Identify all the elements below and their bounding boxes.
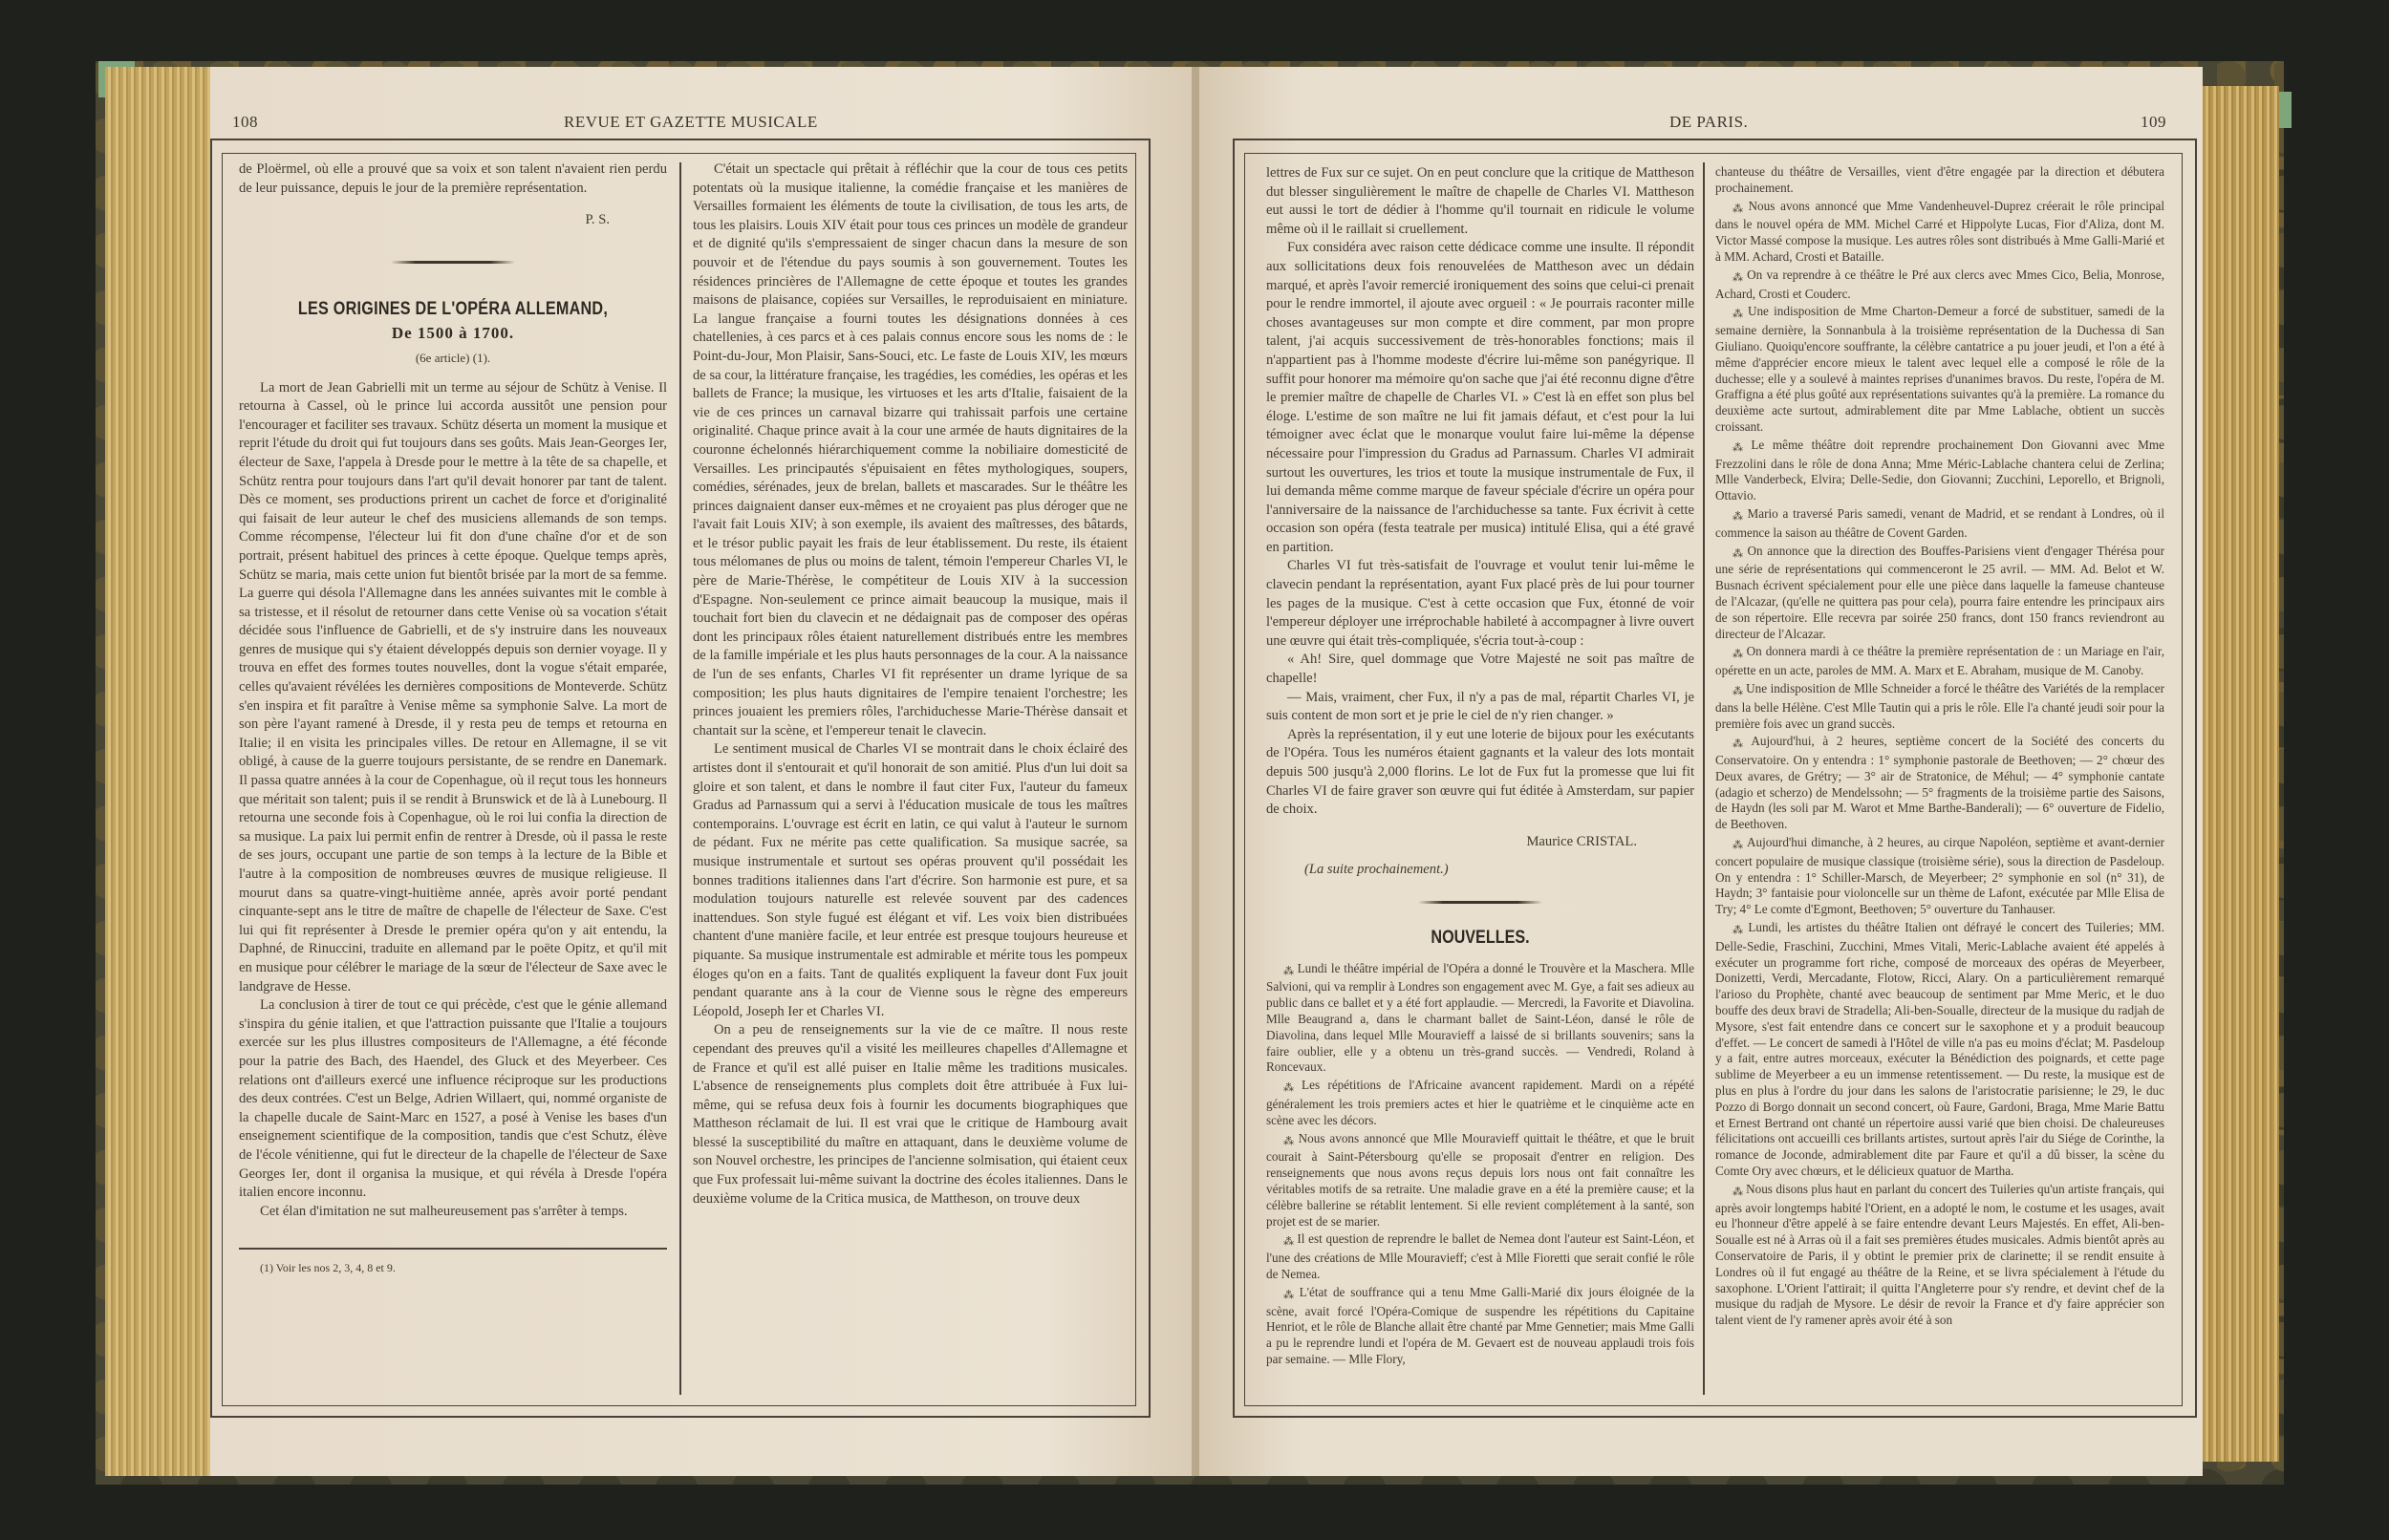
asterism-icon: ⁂ (1283, 1236, 1293, 1248)
article-paragraph: La mort de Jean Gabrielli mit un terme a… (239, 379, 667, 997)
asterism-icon: ⁂ (1733, 203, 1744, 215)
news-item: ⁂L'état de souffrance qui a tenu Mme Gal… (1266, 1285, 1694, 1368)
news-item: ⁂Lundi le théâtre impérial de l'Opéra a … (1266, 961, 1694, 1077)
asterism-icon: ⁂ (1733, 272, 1743, 284)
running-head-right: DE PARIS. (1669, 113, 1748, 132)
column-divider-left (679, 162, 681, 1395)
news-item: ⁂Nous avons annoncé que Mme Vandenheuvel… (1715, 199, 2164, 266)
news-item: chanteuse du théâtre de Versailles, vien… (1715, 164, 2164, 197)
asterism-icon: ⁂ (1733, 511, 1744, 523)
article-paragraph: Cet élan d'imitation ne sut malheureusem… (239, 1203, 667, 1222)
page-edges-right (2203, 86, 2279, 1462)
asterism-icon: ⁂ (1733, 686, 1742, 697)
asterism-icon: ⁂ (1283, 966, 1294, 977)
news-item: ⁂On va reprendre à ce théâtre le Pré aux… (1715, 267, 2164, 303)
article-paragraph: lettres de Fux sur ce sujet. On en peut … (1266, 164, 1694, 239)
article-paragraph: La conclusion à tirer de tout ce qui pré… (239, 996, 667, 1203)
article-subtitle: De 1500 à 1700. (239, 324, 667, 343)
page-number-right: 109 (2141, 113, 2166, 132)
news-item: ⁂On donnera mardi à ce théâtre la premiè… (1715, 644, 2164, 679)
asterism-icon: ⁂ (1733, 442, 1747, 454)
article-paragraph: « Ah! Sire, quel dommage que Votre Majes… (1266, 651, 1694, 688)
news-item: ⁂Aujourd'hui dimanche, à 2 heures, au ci… (1715, 835, 2164, 918)
news-section-title: NOUVELLES. (1299, 929, 1663, 948)
left-page-column-2: C'était un spectacle qui prêtait à réflé… (693, 160, 1128, 1208)
asterism-icon: ⁂ (1283, 1290, 1296, 1301)
asterism-icon: ⁂ (1733, 309, 1744, 320)
column-divider-right (1703, 162, 1705, 1395)
news-item: ⁂Nous disons plus haut en parlant du con… (1715, 1182, 2164, 1329)
news-item: ⁂Le même théâtre doit reprendre prochain… (1715, 438, 2164, 504)
article-paragraph: C'était un spectacle qui prêtait à réflé… (693, 160, 1128, 740)
asterism-icon: ⁂ (1733, 925, 1744, 936)
news-item: ⁂Une indisposition de Mlle Schneider a f… (1715, 681, 2164, 732)
news-list: ⁂Lundi le théâtre impérial de l'Opéra a … (1266, 961, 1694, 1368)
page-number-left: 108 (232, 113, 258, 132)
asterism-icon: ⁂ (1733, 548, 1743, 560)
news-item: ⁂Aujourd'hui, à 2 heures, septième conce… (1715, 734, 2164, 833)
footnote: (1) Voir les nos 2, 3, 4, 8 et 9. (239, 1259, 667, 1278)
article-note: (6e article) (1). (239, 349, 667, 368)
news-item: ⁂Une indisposition de Mme Charton-Demeur… (1715, 304, 2164, 435)
news-item: ⁂Nous avons annoncé que Mlle Mouravieff … (1266, 1131, 1694, 1230)
divider-ornament (1418, 901, 1542, 904)
article-paragraph: — Mais, vraiment, cher Fux, il n'y a pas… (1266, 689, 1694, 726)
asterism-icon: ⁂ (1733, 738, 1747, 750)
right-page-column-1: lettres de Fux sur ce sujet. On en peut … (1266, 164, 1694, 1370)
article-paragraph: On a peu de renseignements sur la vie de… (693, 1021, 1128, 1208)
asterism-icon: ⁂ (1733, 1187, 1742, 1198)
article-paragraph: Fux considéra avec raison cette dédicace… (1266, 239, 1694, 557)
running-head-left: REVUE ET GAZETTE MUSICALE (564, 113, 818, 132)
article-paragraph: Le sentiment musical de Charles VI se mo… (693, 740, 1128, 1021)
news-item: ⁂On annonce que la direction des Bouffes… (1715, 544, 2164, 643)
asterism-icon: ⁂ (1283, 1082, 1298, 1094)
article-paragraph: Charles VI fut très-satisfait de l'ouvra… (1266, 557, 1694, 651)
asterism-icon: ⁂ (1283, 1136, 1295, 1147)
divider-ornament (391, 261, 515, 264)
to-be-continued: (La suite prochainement.) (1304, 861, 1694, 880)
article-title: LES ORIGINES DE L'OPÉRA ALLEMAND, (271, 300, 635, 319)
intro-signature: P. S. (239, 211, 610, 230)
news-item: ⁂Mario a traversé Paris samedi, venant d… (1715, 506, 2164, 542)
footnote-rule (239, 1248, 667, 1250)
news-item: ⁂Les répétitions de l'Africaine avancent… (1266, 1078, 1694, 1128)
news-item: ⁂Il est question de reprendre le ballet … (1266, 1231, 1694, 1282)
right-page-column-2: chanteuse du théâtre de Versailles, vien… (1715, 164, 2164, 1331)
asterism-icon: ⁂ (1733, 649, 1743, 660)
news-item: ⁂Lundi, les artistes du théâtre Italien … (1715, 920, 2164, 1180)
author-signature: Maurice CRISTAL. (1266, 833, 1637, 852)
asterism-icon: ⁂ (1733, 840, 1743, 851)
page-edges-left (105, 67, 215, 1476)
intro-paragraph: de Ploërmel, où elle a prouvé que sa voi… (239, 160, 667, 198)
article-paragraph: Après la représentation, il y eut une lo… (1266, 726, 1694, 820)
left-page-column-1: de Ploërmel, où elle a prouvé que sa voi… (239, 160, 667, 1278)
